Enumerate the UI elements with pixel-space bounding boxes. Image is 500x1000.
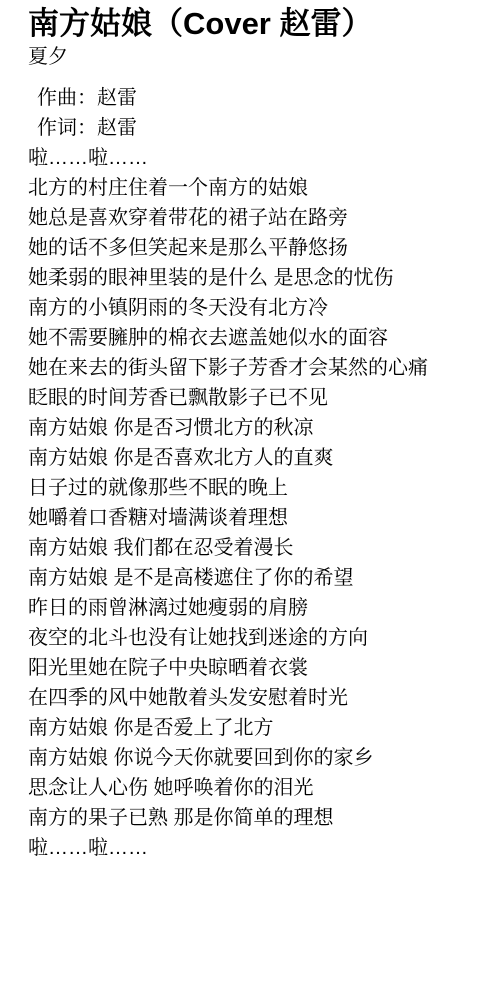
song-title: 南方姑娘（Cover 赵雷） [28, 5, 490, 43]
lyric-line: 南方姑娘 是不是高楼遮住了你的希望 [28, 563, 490, 593]
lyric-line: 她不需要臃肿的棉衣去遮盖她似水的面容 [28, 323, 490, 353]
lyric-line: 南方姑娘 你是否喜欢北方人的直爽 [28, 443, 490, 473]
lyric-line: 南方姑娘 你是否爱上了北方 [28, 713, 490, 743]
lyric-line: 眨眼的时间芳香已飘散影子已不见 [28, 383, 490, 413]
artist-name: 夏夕 [28, 43, 490, 71]
lyric-line: 昨日的雨曾淋漓过她瘦弱的肩膀 [28, 593, 490, 623]
lyric-line: 阳光里她在院子中央晾晒着衣裳 [28, 653, 490, 683]
lyric-line: 日子过的就像那些不眠的晚上 [28, 473, 490, 503]
lyrics-page: 南方姑娘（Cover 赵雷） 夏夕 作曲：赵雷作词：赵雷 啦……啦……北方的村庄… [0, 0, 500, 863]
lyric-line: 北方的村庄住着一个南方的姑娘 [28, 173, 490, 203]
lyrics-block: 啦……啦……北方的村庄住着一个南方的姑娘她总是喜欢穿着带花的裙子站在路旁她的话不… [28, 143, 490, 863]
lyric-line: 她的话不多但笑起来是那么平静悠扬 [28, 233, 490, 263]
credits-block: 作曲：赵雷作词：赵雷 [28, 83, 490, 143]
lyric-line: 南方的小镇阴雨的冬天没有北方冷 [28, 293, 490, 323]
lyric-line: 啦……啦…… [28, 143, 490, 173]
lyric-line: 南方姑娘 你是否习惯北方的秋凉 [28, 413, 490, 443]
lyric-line: 她总是喜欢穿着带花的裙子站在路旁 [28, 203, 490, 233]
lyric-line: 夜空的北斗也没有让她找到迷途的方向 [28, 623, 490, 653]
lyric-line: 她柔弱的眼神里装的是什么 是思念的忧伤 [28, 263, 490, 293]
credit-line: 作曲：赵雷 [28, 83, 490, 113]
lyric-line: 她在来去的街头留下影子芳香才会某然的心痛 [28, 353, 490, 383]
lyric-line: 南方姑娘 我们都在忍受着漫长 [28, 533, 490, 563]
lyric-line: 她嚼着口香糖对墙满谈着理想 [28, 503, 490, 533]
lyric-line: 南方的果子已熟 那是你简单的理想 [28, 803, 490, 833]
lyric-line: 啦……啦…… [28, 833, 490, 863]
lyric-line: 思念让人心伤 她呼唤着你的泪光 [28, 773, 490, 803]
lyric-line: 在四季的风中她散着头发安慰着时光 [28, 683, 490, 713]
credit-line: 作词：赵雷 [28, 113, 490, 143]
lyric-line: 南方姑娘 你说今天你就要回到你的家乡 [28, 743, 490, 773]
